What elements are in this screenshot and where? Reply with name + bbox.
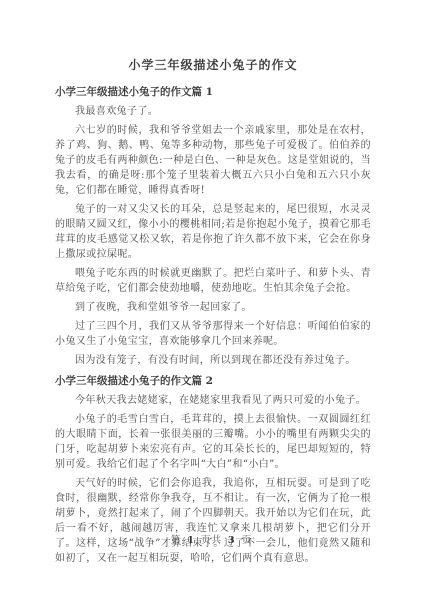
essay-2-paragraph: 天气好的时候，它们会你追我，我追你，互相玩耍。可是到了吃食时，很幽默，经常你争我… <box>55 476 371 566</box>
essay-2-paragraph: 今年秋天我去姥姥家，在姥姥家里我看见了两只可爱的小兔子。 <box>55 393 371 408</box>
essay-1-paragraph: 因为没有笼子，有没有时间，所以到现在都还没有养过兔子。 <box>55 353 371 368</box>
essay-1-paragraph: 我最喜欢兔子了。 <box>55 104 371 119</box>
essay-1-paragraph: 兔子的一对又尖又长的耳朵，总是竖起来的，尾巴很短，水灵灵的眼睛又圆又红，像小小的… <box>55 202 371 262</box>
essay-1-paragraph: 过了三四个月，我们又从爷爷那得来一个好信息：听闻伯伯家的小兔又生了小兔宝宝，喜欢… <box>55 319 371 349</box>
essay-1-heading: 小学三年级描述小兔子的作文篇 1 <box>55 85 371 100</box>
essay-1-paragraph: 喂兔子吃东西的时候就更幽默了。把烂白菜叶子、和萝卜头、青草给兔子吃，它们都会使劲… <box>55 266 371 296</box>
footer-total-pages: 3 <box>226 535 238 546</box>
essay-2-heading: 小学三年级描述小兔子的作文篇 2 <box>55 374 371 389</box>
essay-section-1: 小学三年级描述小兔子的作文篇 1 我最喜欢兔子了。 六七岁的时候，我和爷爷堂姐去… <box>55 85 371 368</box>
document-page: 小学三年级描述小兔子的作文 小学三年级描述小兔子的作文篇 1 我最喜欢兔子了。 … <box>0 0 423 600</box>
page-number-footer: 第 1 页共 3 页 <box>0 532 423 546</box>
footer-label-ye-gong: 页共 <box>201 535 222 546</box>
essay-1-paragraph: 到了夜晚，我和堂姐爷爷一起回家了。 <box>55 300 371 315</box>
essay-1-paragraph: 六七岁的时候，我和爷爷堂姐去一个亲戚家里，那处是在农村，养了鸡、狗、鹅、鸭、兔等… <box>55 123 371 198</box>
footer-label-di: 第 <box>171 535 182 546</box>
footer-label-ye: 页 <box>242 535 253 546</box>
footer-current-page: 1 <box>185 535 197 546</box>
essay-2-paragraph: 小兔子的毛雪白雪白，毛茸茸的，摸上去很愉快。一双圆圆红红的大眼睛下面，长着一张很… <box>55 412 371 472</box>
document-title: 小学三年级描述小兔子的作文 <box>55 56 371 73</box>
